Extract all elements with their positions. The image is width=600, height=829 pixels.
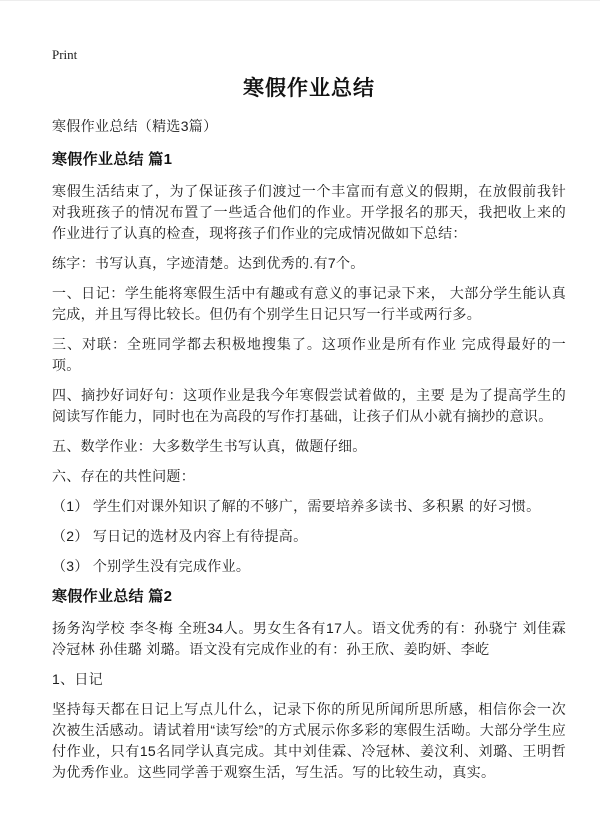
- section-1-intro-paragraph: 寒假生活结束了，为了保证孩子们渡过一个丰富而有意义的假期，在放假前我针对我班孩子…: [52, 181, 566, 244]
- page-title: 寒假作业总结: [52, 76, 566, 102]
- section-2-subheading-diary: 1、日记: [52, 669, 566, 690]
- print-link[interactable]: Print: [52, 46, 566, 63]
- section-1-item-diary: 一、日记：学生能将寒假生活中有趣或有意义的事记录下来， 大部分学生能认真完成，并…: [52, 283, 566, 325]
- section-1-item-handwriting: 练字：书写认真，字迹清楚。达到优秀的.有7个。: [52, 253, 566, 274]
- section-1-item-math: 五、数学作业：大多数学生书写认真，做题仔细。: [52, 436, 566, 457]
- section-2-diary-paragraph: 坚持每天都在日记上写点儿什么，记录下你的所见所闻所思所感，相信你会一次次被生活感…: [52, 699, 566, 783]
- section-1-problem-1: （1） 学生们对课外知识了解的不够广，需要培养多读书、多积累 的好习惯。: [52, 496, 566, 517]
- document-page: Print 寒假作业总结 寒假作业总结（精选3篇） 寒假作业总结 篇1 寒假生活…: [0, 1, 600, 829]
- section-1-item-common-problems: 六、存在的共性问题：: [52, 466, 566, 487]
- section-2-heading: 寒假作业总结 篇2: [52, 586, 566, 607]
- doc-subtitle: 寒假作业总结（精选3篇）: [52, 116, 566, 137]
- section-2-intro-paragraph: 扬务沟学校 李冬梅 全班34人。男女生各有17人。语文优秀的有：孙骁宁 刘佳霖 …: [52, 618, 566, 660]
- section-1-heading: 寒假作业总结 篇1: [52, 149, 566, 170]
- section-1-item-excerpts: 四、摘抄好词好句：这项作业是我今年寒假尝试着做的，主要 是为了提高学生的阅读写作…: [52, 385, 566, 427]
- section-1-item-couplets: 三、对联：全班同学都去积极地搜集了。这项作业是所有作业 完成得最好的一项。: [52, 334, 566, 376]
- section-1-problem-3: （3） 个别学生没有完成作业。: [52, 556, 566, 577]
- section-1-problem-2: （2） 写日记的选材及内容上有待提高。: [52, 526, 566, 547]
